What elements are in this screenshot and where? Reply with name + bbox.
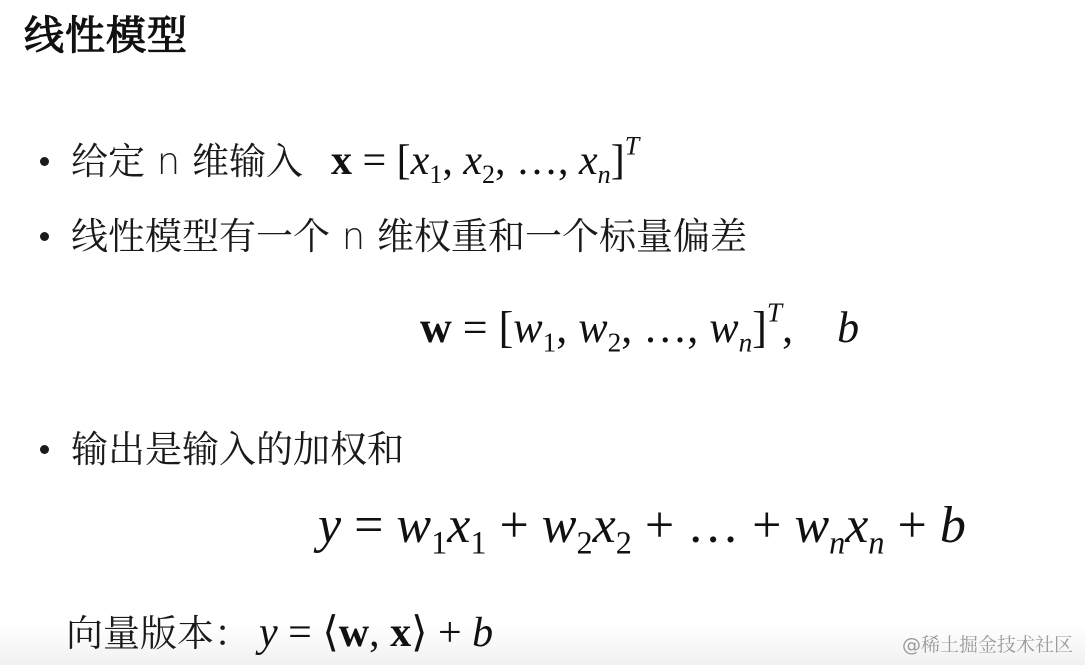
bullet-text: 输出是输入的加权和 bbox=[71, 428, 404, 471]
input-vector-formula: x = [x1, x2, …, xn]T bbox=[331, 138, 639, 184]
weight-vector-formula: w = [w1, w2, …, wn]T,b bbox=[420, 302, 859, 353]
bullet-dot bbox=[40, 232, 49, 241]
output-formula: y = w1x1 + w2x2 + … + wnxn + b bbox=[318, 496, 966, 555]
vector-version-label: 向量版本： bbox=[66, 612, 251, 655]
vector-formula: y = ⟨w, x⟩ + b bbox=[259, 610, 493, 656]
bullet-dot bbox=[40, 157, 49, 166]
vector-version-line: 向量版本：y = ⟨w, x⟩ + b bbox=[66, 605, 493, 662]
slide-title: 线性模型 bbox=[24, 6, 188, 66]
bullet-model-params: 线性模型有一个 n 维权重和一个标量偏差 bbox=[40, 212, 747, 262]
bullet-weighted-sum: 输出是输入的加权和 bbox=[40, 425, 404, 475]
bullet-given-input: 给定 n 维输入x = [x1, x2, …, xn]T bbox=[40, 136, 639, 187]
slide: 线性模型 给定 n 维输入x = [x1, x2, …, xn]T 线性模型有一… bbox=[0, 0, 1085, 665]
watermark: @稀土掘金技术社区 bbox=[902, 630, 1073, 657]
bullet-text: 给定 n 维输入 bbox=[71, 140, 303, 183]
bullet-text: 线性模型有一个 n 维权重和一个标量偏差 bbox=[71, 215, 747, 258]
bullet-dot bbox=[40, 445, 49, 454]
